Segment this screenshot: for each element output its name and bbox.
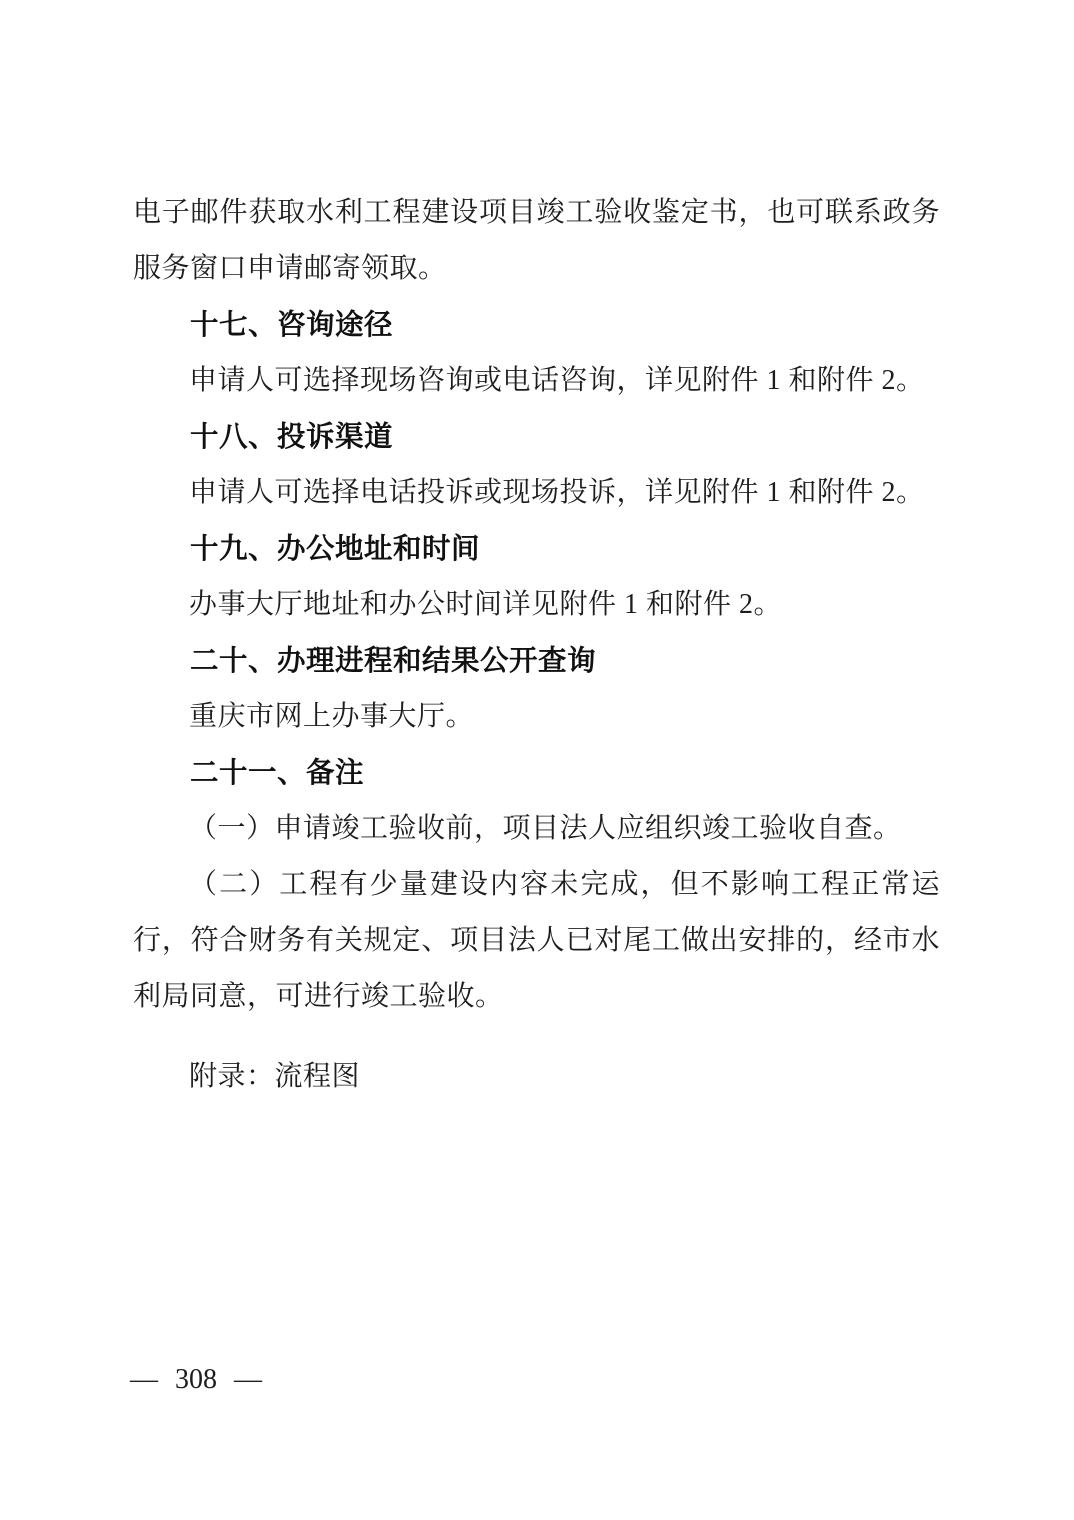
paragraph-consultation-options: 申请人可选择现场咨询或电话咨询，详见附件 1 和附件 2。 bbox=[133, 353, 940, 409]
heading-18-complaint-channels: 十八、投诉渠道 bbox=[133, 409, 940, 465]
paragraph-remark-2-minor-unfinished-work: （二）工程有少量建设内容未完成，但不影响工程正常运行，符合财务有关规定、项目法人… bbox=[133, 857, 940, 1025]
appendix-flowchart-note: 附录：流程图 bbox=[133, 1049, 940, 1105]
paragraph-complaint-options: 申请人可选择电话投诉或现场投诉，详见附件 1 和附件 2。 bbox=[133, 465, 940, 521]
paragraph-certificate-delivery: 电子邮件获取水利工程建设项目竣工验收鉴定书，也可联系政务服务窗口申请邮寄领取。 bbox=[133, 185, 940, 297]
heading-21-remarks: 二十一、备注 bbox=[133, 745, 940, 801]
document-content: 电子邮件获取水利工程建设项目竣工验收鉴定书，也可联系政务服务窗口申请邮寄领取。 … bbox=[133, 185, 940, 1105]
paragraph-online-service-hall: 重庆市网上办事大厅。 bbox=[133, 689, 940, 745]
heading-20-progress-result-inquiry: 二十、办理进程和结果公开查询 bbox=[133, 633, 940, 689]
heading-19-office-address-hours: 十九、办公地址和时间 bbox=[133, 521, 940, 577]
document-page: 电子邮件获取水利工程建设项目竣工验收鉴定书，也可联系政务服务窗口申请邮寄领取。 … bbox=[0, 0, 1074, 1520]
page-number: — 308 — bbox=[130, 1363, 262, 1397]
paragraph-office-address-hours: 办事大厅地址和办公时间详见附件 1 和附件 2。 bbox=[133, 577, 940, 633]
heading-17-consultation-channels: 十七、咨询途径 bbox=[133, 297, 940, 353]
paragraph-remark-1-self-inspection: （一）申请竣工验收前，项目法人应组织竣工验收自查。 bbox=[133, 801, 940, 857]
